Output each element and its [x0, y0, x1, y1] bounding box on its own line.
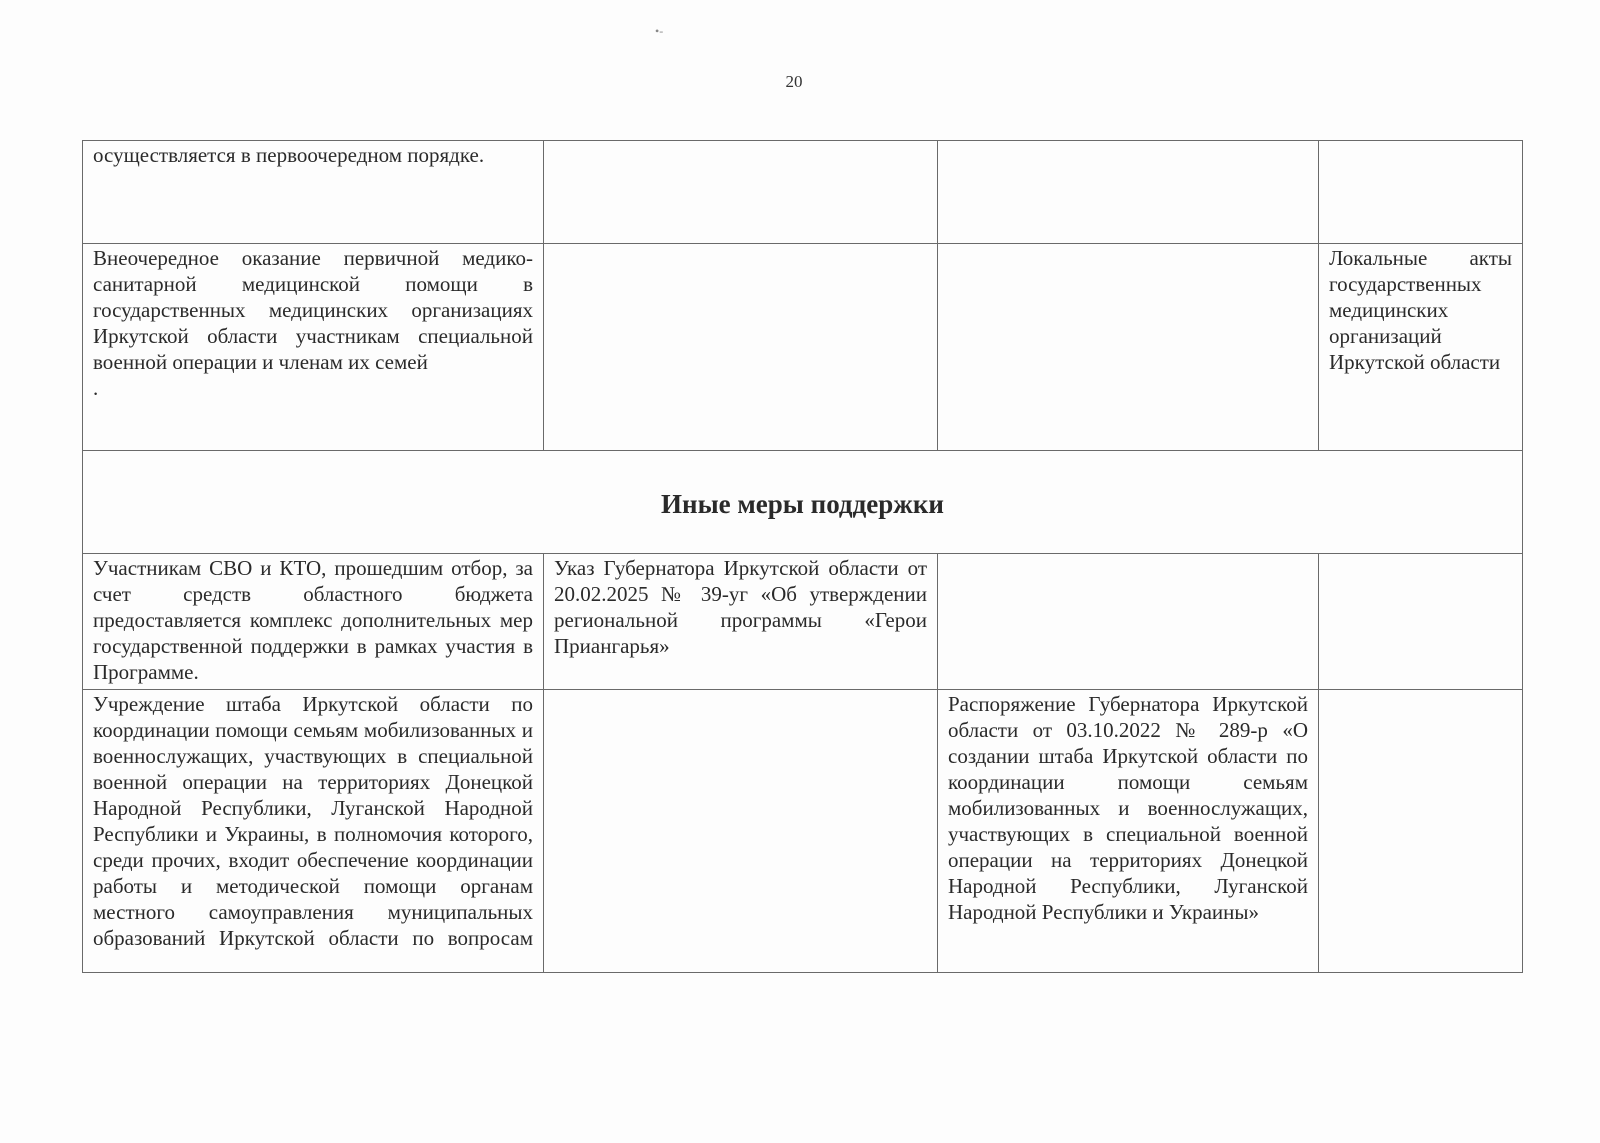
decree-cell — [544, 244, 938, 451]
support-measures-table: осуществляется в первоочередном порядке.… — [82, 140, 1523, 973]
section-row: Иные меры поддержки — [83, 451, 1523, 554]
order-cell — [938, 244, 1319, 451]
local-acts-cell — [1319, 141, 1523, 244]
local-acts-cell — [1319, 690, 1523, 973]
measure-cell: Внеочередное оказание первичной медико-с… — [83, 244, 544, 451]
decree-cell — [544, 690, 938, 973]
scan-artifact: •- — [655, 24, 663, 39]
section-heading: Иные меры поддержки — [83, 451, 1523, 554]
measure-cell: осуществляется в первоочередном порядке. — [83, 141, 544, 244]
decree-cell: Указ Губернатора Иркутской области от 20… — [544, 554, 938, 690]
order-cell — [938, 141, 1319, 244]
local-acts-cell: Локальные акты государственных медицинск… — [1319, 244, 1523, 451]
measure-cell: Учреждение штаба Иркутской области по ко… — [83, 690, 544, 973]
page-number: 20 — [0, 72, 1588, 92]
table-row: Внеочередное оказание первичной медико-с… — [83, 244, 1523, 451]
table-row: Участникам СВО и КТО, прошедшим отбор, з… — [83, 554, 1523, 690]
measure-text: Внеочередное оказание первичной медико-с… — [93, 246, 533, 374]
table-row: осуществляется в первоочередном порядке. — [83, 141, 1523, 244]
table-row: Учреждение штаба Иркутской области по ко… — [83, 690, 1523, 973]
trailing-period: . — [93, 375, 533, 401]
measure-cell: Участникам СВО и КТО, прошедшим отбор, з… — [83, 554, 544, 690]
order-cell — [938, 554, 1319, 690]
order-cell: Распоряжение Губернатора Иркутской облас… — [938, 690, 1319, 973]
local-acts-cell — [1319, 554, 1523, 690]
decree-cell — [544, 141, 938, 244]
